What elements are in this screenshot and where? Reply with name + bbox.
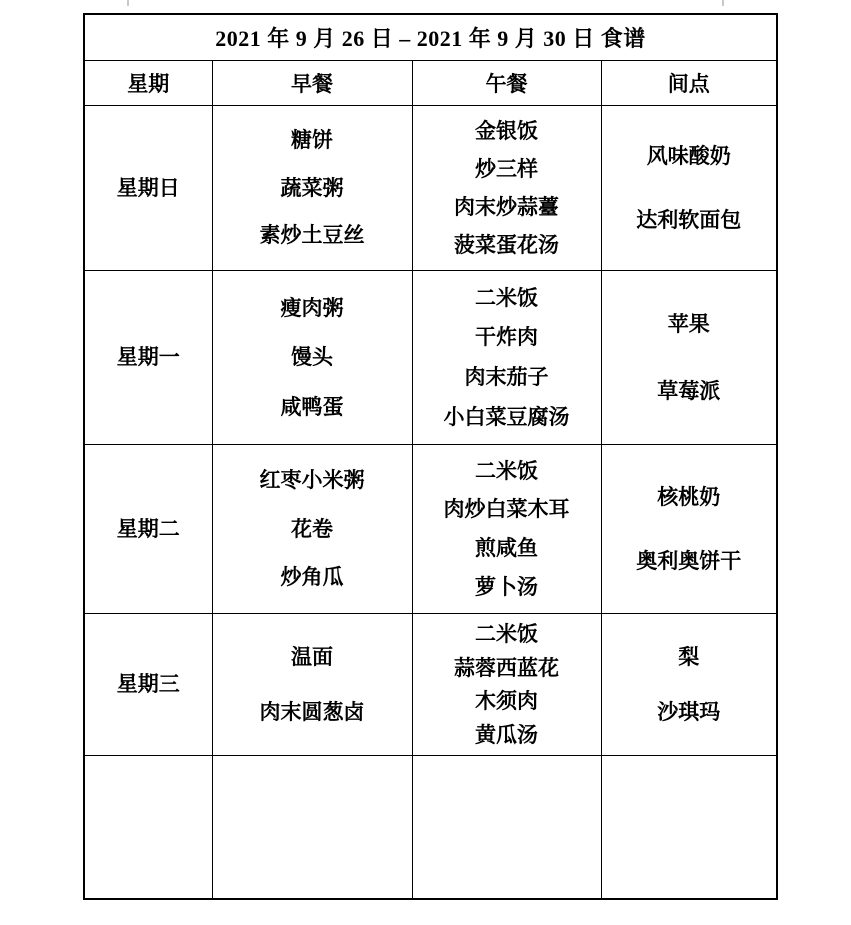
dish-item: 瘦肉粥: [281, 295, 344, 321]
dish-item: 二米饭: [475, 285, 538, 311]
dish-item: 星期二: [117, 516, 180, 542]
cell-content: 二米饭蒜蓉西蓝花木须肉黄瓜汤: [413, 614, 601, 755]
dish-item: 红枣小米粥: [260, 467, 365, 493]
gridline-tick-right: [722, 0, 724, 6]
cell-content: [602, 756, 777, 898]
header-row: 星期早餐午餐间点: [84, 61, 777, 106]
dish-item: 肉末圆葱卤: [260, 699, 365, 725]
lunch-cell: 二米饭肉炒白菜木耳煎咸鱼萝卜汤: [412, 445, 601, 614]
cell-content: 星期二: [85, 445, 212, 613]
dish-item: 素炒土豆丝: [260, 222, 365, 248]
cell-content: 瘦肉粥馒头咸鸭蛋: [213, 271, 412, 444]
dish-item: 馒头: [291, 344, 333, 370]
cell-content: 梨沙琪玛: [602, 614, 777, 755]
lunch-cell: 二米饭蒜蓉西蓝花木须肉黄瓜汤: [412, 614, 601, 756]
dish-item: 温面: [291, 644, 333, 670]
dish-item: 炒角瓜: [281, 564, 344, 590]
dish-item: 金银饭: [475, 118, 538, 144]
cell-content: [413, 756, 601, 898]
menu-row: [84, 756, 777, 900]
menu-row: 星期三温面肉末圆葱卤二米饭蒜蓉西蓝花木须肉黄瓜汤梨沙琪玛: [84, 614, 777, 756]
dish-item: 二米饭: [475, 458, 538, 484]
dish-item: 黄瓜汤: [475, 722, 538, 748]
breakfast-cell: 温面肉末圆葱卤: [212, 614, 412, 756]
snack-cell: 梨沙琪玛: [601, 614, 777, 756]
day-cell: 星期三: [84, 614, 212, 756]
cell-content: 糖饼蔬菜粥素炒土豆丝: [213, 106, 412, 270]
day-cell: 星期二: [84, 445, 212, 614]
snack-cell: [601, 756, 777, 900]
dish-item: 咸鸭蛋: [281, 394, 344, 420]
dish-item: 奥利奥饼干: [636, 548, 741, 574]
dish-item: 草莓派: [657, 378, 720, 404]
cell-content: 二米饭干炸肉肉末茄子小白菜豆腐汤: [413, 271, 601, 444]
column-header-3: 间点: [601, 61, 777, 106]
column-header-0: 星期: [84, 61, 212, 106]
snack-cell: 核桃奶奥利奥饼干: [601, 445, 777, 614]
breakfast-cell: 糖饼蔬菜粥素炒土豆丝: [212, 106, 412, 271]
dish-item: 星期三: [117, 671, 180, 697]
cell-content: 金银饭炒三样肉末炒蒜薹菠菜蛋花汤: [413, 106, 601, 270]
dish-item: 梨: [678, 644, 699, 670]
dish-item: 风味酸奶: [647, 143, 731, 169]
dish-item: 沙琪玛: [657, 699, 720, 725]
dish-item: 小白菜豆腐汤: [444, 404, 570, 430]
day-cell: [84, 756, 212, 900]
menu-table: 2021 年 9 月 26 日 – 2021 年 9 月 30 日 食谱 星期早…: [83, 13, 778, 900]
column-header-1: 早餐: [212, 61, 412, 106]
dish-item: 蔬菜粥: [281, 175, 344, 201]
cell-content: [85, 756, 212, 898]
table-title: 2021 年 9 月 26 日 – 2021 年 9 月 30 日 食谱: [84, 14, 777, 61]
lunch-cell: 金银饭炒三样肉末炒蒜薹菠菜蛋花汤: [412, 106, 601, 271]
dish-item: 肉炒白菜木耳: [444, 496, 570, 522]
dish-item: 肉末茄子: [465, 364, 549, 390]
dish-item: 达利软面包: [636, 207, 741, 233]
column-header-2: 午餐: [412, 61, 601, 106]
gridline-tick-left: [127, 0, 129, 6]
breakfast-cell: 红枣小米粥花卷炒角瓜: [212, 445, 412, 614]
dish-item: 蒜蓉西蓝花: [454, 655, 559, 681]
dish-item: 星期日: [117, 175, 180, 201]
day-cell: 星期日: [84, 106, 212, 271]
dish-item: 干炸肉: [475, 324, 538, 350]
lunch-cell: 二米饭干炸肉肉末茄子小白菜豆腐汤: [412, 271, 601, 445]
lunch-cell: [412, 756, 601, 900]
dish-item: 二米饭: [475, 621, 538, 647]
cell-content: 温面肉末圆葱卤: [213, 614, 412, 755]
dish-item: 核桃奶: [657, 484, 720, 510]
cell-content: 星期三: [85, 614, 212, 755]
cell-content: 风味酸奶达利软面包: [602, 106, 777, 270]
cell-content: 苹果草莓派: [602, 271, 777, 444]
dish-item: 苹果: [668, 311, 710, 337]
cell-content: 星期一: [85, 271, 212, 444]
dish-item: 糖饼: [291, 127, 333, 153]
breakfast-cell: [212, 756, 412, 900]
dish-item: 木须肉: [475, 688, 538, 714]
cell-content: 星期日: [85, 106, 212, 270]
dish-item: 煎咸鱼: [475, 535, 538, 561]
menu-row: 星期一瘦肉粥馒头咸鸭蛋二米饭干炸肉肉末茄子小白菜豆腐汤苹果草莓派: [84, 271, 777, 445]
dish-item: 花卷: [291, 516, 333, 542]
snack-cell: 风味酸奶达利软面包: [601, 106, 777, 271]
title-row: 2021 年 9 月 26 日 – 2021 年 9 月 30 日 食谱: [84, 14, 777, 61]
cell-content: 红枣小米粥花卷炒角瓜: [213, 445, 412, 613]
day-cell: 星期一: [84, 271, 212, 445]
menu-row: 星期日糖饼蔬菜粥素炒土豆丝金银饭炒三样肉末炒蒜薹菠菜蛋花汤风味酸奶达利软面包: [84, 106, 777, 271]
dish-item: 星期一: [117, 344, 180, 370]
snack-cell: 苹果草莓派: [601, 271, 777, 445]
document-page: 2021 年 9 月 26 日 – 2021 年 9 月 30 日 食谱 星期早…: [0, 0, 851, 925]
dish-item: 肉末炒蒜薹: [454, 194, 559, 220]
dish-item: 炒三样: [475, 156, 538, 182]
dish-item: 菠菜蛋花汤: [454, 232, 559, 258]
breakfast-cell: 瘦肉粥馒头咸鸭蛋: [212, 271, 412, 445]
dish-item: 萝卜汤: [475, 574, 538, 600]
cell-content: 核桃奶奥利奥饼干: [602, 445, 777, 613]
menu-row: 星期二红枣小米粥花卷炒角瓜二米饭肉炒白菜木耳煎咸鱼萝卜汤核桃奶奥利奥饼干: [84, 445, 777, 614]
cell-content: 二米饭肉炒白菜木耳煎咸鱼萝卜汤: [413, 445, 601, 613]
cell-content: [213, 756, 412, 898]
